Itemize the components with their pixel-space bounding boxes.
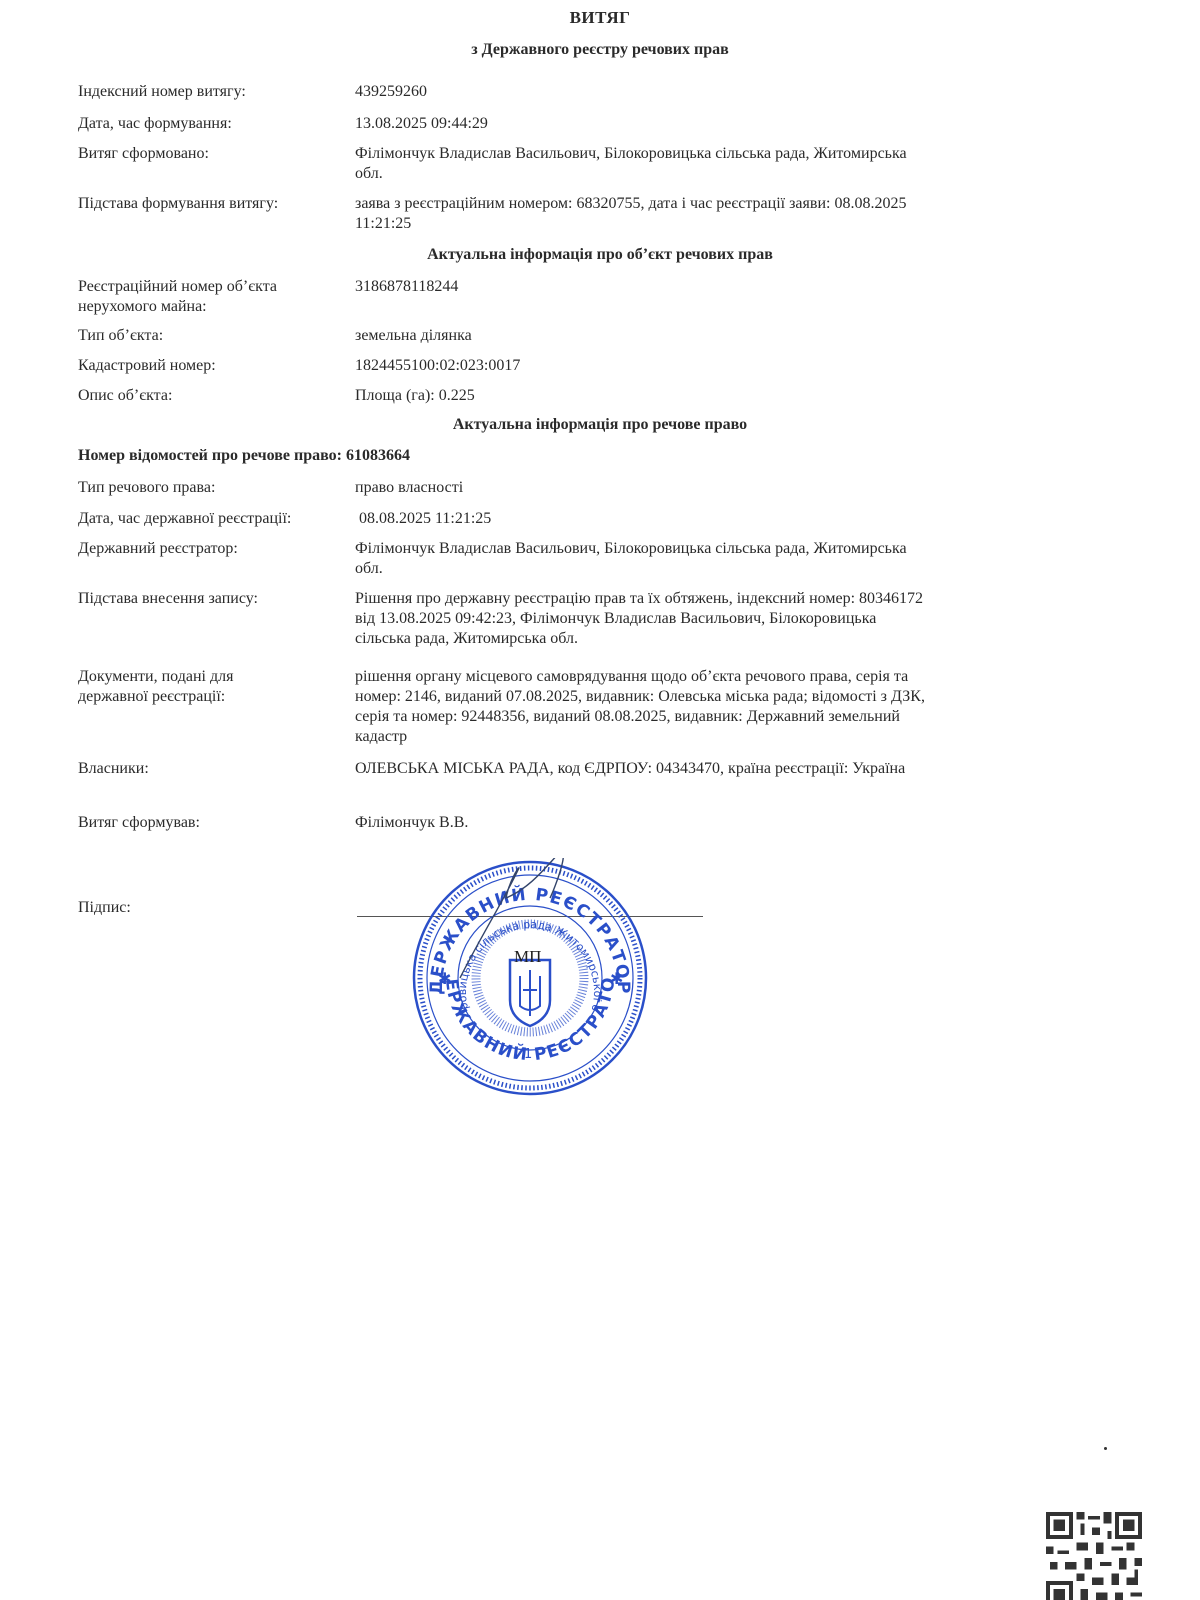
field-label: Державний реєстратор: [78, 539, 348, 559]
field-value: ОЛЕВСЬКА МІСЬКА РАДА, код ЄДРПОУ: 043434… [355, 759, 1075, 779]
field-label: Тип речового права: [78, 478, 348, 498]
field-basis: Підстава формування витягу: заява з реєс… [78, 194, 1058, 234]
field-value-line: від 13.08.2025 09:42:23, Філімончук Влад… [355, 609, 1055, 629]
svg-text:✱: ✱ [610, 969, 623, 988]
field-label: Індексний номер витягу: [78, 82, 348, 102]
field-label: Дата, час формування: [78, 114, 348, 134]
field-value-line: Рішення про державну реєстрацію прав та … [355, 589, 1055, 609]
field-generated-by: Витяг сформовано: Філімончук Владислав В… [78, 144, 1058, 184]
field-value: 439259260 [355, 82, 1055, 102]
field-documents: Документи, подані для державної реєстрац… [78, 667, 1058, 747]
scan-speck [1104, 1447, 1107, 1450]
field-label: Дата, час державної реєстрації: [78, 509, 368, 529]
field-label: Витяг сформовано: [78, 144, 348, 164]
field-value: право власності [355, 478, 1055, 498]
field-label: Опис об’єкта: [78, 386, 348, 406]
section-heading-object: Актуальна інформація про об’єкт речових … [0, 246, 1200, 264]
field-value: Філімончук В.В. [355, 813, 1055, 833]
document-subtitle: з Державного реєстру речових прав [0, 41, 1200, 59]
field-label-line: Реєстраційний номер об’єкта [78, 277, 348, 297]
field-label: Кадастровий номер: [78, 356, 348, 376]
official-stamp-icon: ДЕРЖАВНИЙ РЕЄСТРАТОР ДЕРЖАВНИЙ РЕЄСТРАТО… [410, 858, 650, 1098]
field-value-line: Філімончук Владислав Васильович, Білокор… [355, 539, 1055, 559]
field-value-line: номер: 2146, виданий 07.08.2025, видавни… [355, 687, 1055, 707]
document-title: ВИТЯГ [0, 8, 1200, 28]
qr-code-icon [1046, 1512, 1142, 1600]
field-label-line: нерухомого майна: [78, 297, 348, 317]
svg-text:✱: ✱ [438, 969, 451, 988]
field-value-line: заява з реєстраційним номером: 68320755,… [355, 194, 1055, 214]
section-heading-right: Актуальна інформація про речове право [0, 416, 1200, 434]
field-reg-number: Реєстраційний номер об’єкта нерухомого м… [78, 277, 1058, 317]
field-label: Витяг сформував: [78, 813, 348, 833]
field-value: Площа (га): 0.225 [355, 386, 1055, 406]
field-entry-basis: Підстава внесення запису: Рішення про де… [78, 589, 1058, 649]
field-value-line: Філімончук Владислав Васильович, Білокор… [355, 144, 1055, 164]
field-label-line: Документи, подані для [78, 667, 348, 687]
field-value: 08.08.2025 11:21:25 [359, 509, 1059, 529]
field-value-line: сільська рада, Житомирська обл. [355, 629, 1055, 649]
field-value: 3186878118244 [355, 277, 1055, 297]
field-value-line: серія та номер: 92448356, виданий 08.08.… [355, 707, 1055, 727]
field-value-line: обл. [355, 164, 1055, 184]
svg-text:МП: МП [514, 947, 541, 966]
field-label-line: державної реєстрації: [78, 687, 348, 707]
field-label: Власники: [78, 759, 348, 779]
field-value-line: рішення органу місцевого самоврядування … [355, 667, 1055, 687]
field-label: Підстава внесення запису: [78, 589, 348, 609]
field-value: 1824455100:02:023:0017 [355, 356, 1055, 376]
record-number: Номер відомостей про речове право: 61083… [78, 447, 410, 465]
field-label: Підстава формування витягу: [78, 194, 348, 214]
field-value-line: обл. [355, 559, 1055, 579]
field-value: 13.08.2025 09:44:29 [355, 114, 1055, 134]
field-value-line: 11:21:25 [355, 214, 1055, 234]
field-value-line: кадастр [355, 727, 1055, 747]
svg-text:1: 1 [524, 1047, 532, 1062]
field-value: земельна ділянка [355, 326, 1055, 346]
field-label: Тип об’єкта: [78, 326, 348, 346]
field-registrar: Державний реєстратор: Філімончук Владисл… [78, 539, 1058, 579]
signature-label-text: Підпис: [78, 898, 348, 918]
